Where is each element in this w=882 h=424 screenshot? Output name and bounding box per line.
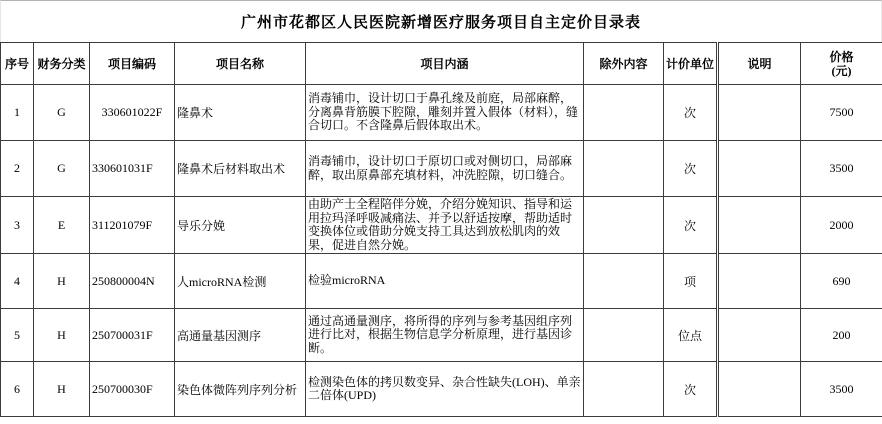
cell-category: H [34,254,90,309]
cell-content: 通过高通量测序，将所得的序列与参考基因组序列进行比对，根据生物信息学分析原理，进… [306,309,584,362]
cell-exclusion [584,309,664,362]
cell-code: 330601031F [90,141,175,197]
pricing-table: 序号 财务分类 项目编码 项目名称 项目内涵 除外内容 计价单位 说明 价格 (… [0,42,882,417]
cell-note [718,362,801,417]
cell-price: 7500 [801,85,882,141]
cell-price: 2000 [801,197,882,254]
cell-note [718,309,801,362]
cell-seq: 1 [1,85,34,141]
cell-unit: 项 [664,254,718,309]
pricing-sheet: 广州市花都区人民医院新增医疗服务项目自主定价目录表 序号 财务分类 项目编码 项… [0,0,882,417]
cell-price: 3500 [801,141,882,197]
cell-seq: 5 [1,309,34,362]
cell-note [718,141,801,197]
cell-seq: 4 [1,254,34,309]
cell-exclusion [584,362,664,417]
cell-code: 250800004N [90,254,175,309]
table-row: 2 G 330601031F 隆鼻术后材料取出术 消毒铺巾，设计切口于原切口或对… [1,141,882,197]
cell-exclusion [584,197,664,254]
cell-unit: 位点 [664,309,718,362]
cell-name: 染色体微阵列序列分析 [175,362,306,417]
cell-unit: 次 [664,362,718,417]
table-row: 6 H 250700030F 染色体微阵列序列分析 检测染色体的拷贝数变异、杂合… [1,362,882,417]
col-header-unit: 计价单位 [664,43,718,85]
cell-unit: 次 [664,197,718,254]
header-row: 序号 财务分类 项目编码 项目名称 项目内涵 除外内容 计价单位 说明 价格 (… [1,43,882,85]
cell-seq: 6 [1,362,34,417]
cell-code: 311201079F [90,197,175,254]
table-row: 5 H 250700031F 高通量基因测序 通过高通量测序，将所得的序列与参考… [1,309,882,362]
cell-note [718,254,801,309]
cell-seq: 2 [1,141,34,197]
cell-category: E [34,197,90,254]
cell-exclusion [584,141,664,197]
col-header-note: 说明 [718,43,801,85]
col-header-name: 项目名称 [175,43,306,85]
col-header-exclusion: 除外内容 [584,43,664,85]
col-header-content: 项目内涵 [306,43,584,85]
cell-category: G [34,85,90,141]
table-row: 3 E 311201079F 导乐分娩 由助产士全程陪伴分娩，介绍分娩知识、指导… [1,197,882,254]
col-header-seq: 序号 [1,43,34,85]
col-header-price: 价格 (元) [801,43,882,85]
cell-code: 330601022F [90,85,175,141]
cell-exclusion [584,85,664,141]
cell-content: 检测染色体的拷贝数变异、杂合性缺失(LOH)、单亲二倍体(UPD) [306,362,584,417]
cell-note [718,197,801,254]
table-row: 1 G 330601022F 隆鼻术 消毒铺巾，设计切口于鼻孔缘及前庭，局部麻醉… [1,85,882,141]
cell-name: 隆鼻术后材料取出术 [175,141,306,197]
cell-seq: 3 [1,197,34,254]
cell-note [718,85,801,141]
cell-exclusion [584,254,664,309]
cell-price: 200 [801,309,882,362]
cell-name: 导乐分娩 [175,197,306,254]
col-header-category: 财务分类 [34,43,90,85]
cell-unit: 次 [664,85,718,141]
cell-content: 消毒铺巾，设计切口于鼻孔缘及前庭，局部麻醉，分离鼻背筋膜下腔隙，雕刻并置入假体（… [306,85,584,141]
cell-price: 3500 [801,362,882,417]
cell-price: 690 [801,254,882,309]
cell-name: 高通量基因测序 [175,309,306,362]
page-title: 广州市花都区人民医院新增医疗服务项目自主定价目录表 [241,11,641,32]
cell-category: H [34,309,90,362]
cell-category: G [34,141,90,197]
col-header-code: 项目编码 [90,43,175,85]
cell-content: 由助产士全程陪伴分娩，介绍分娩知识、指导和运用拉玛泽呼吸减痛法、并予以舒适按摩，… [306,197,584,254]
cell-name: 隆鼻术 [175,85,306,141]
cell-code: 250700031F [90,309,175,362]
cell-content: 消毒铺巾，设计切口于原切口或对侧切口，局部麻醉，取出原鼻部充填材料，冲洗腔隙，切… [306,141,584,197]
cell-code: 250700030F [90,362,175,417]
table-row: 4 H 250800004N 人microRNA检测 检验microRNA 项 … [1,254,882,309]
cell-name: 人microRNA检测 [175,254,306,309]
cell-unit: 次 [664,141,718,197]
sheet-title-band: 广州市花都区人民医院新增医疗服务项目自主定价目录表 [0,0,882,42]
cell-category: H [34,362,90,417]
cell-content: 检验microRNA [306,254,584,309]
